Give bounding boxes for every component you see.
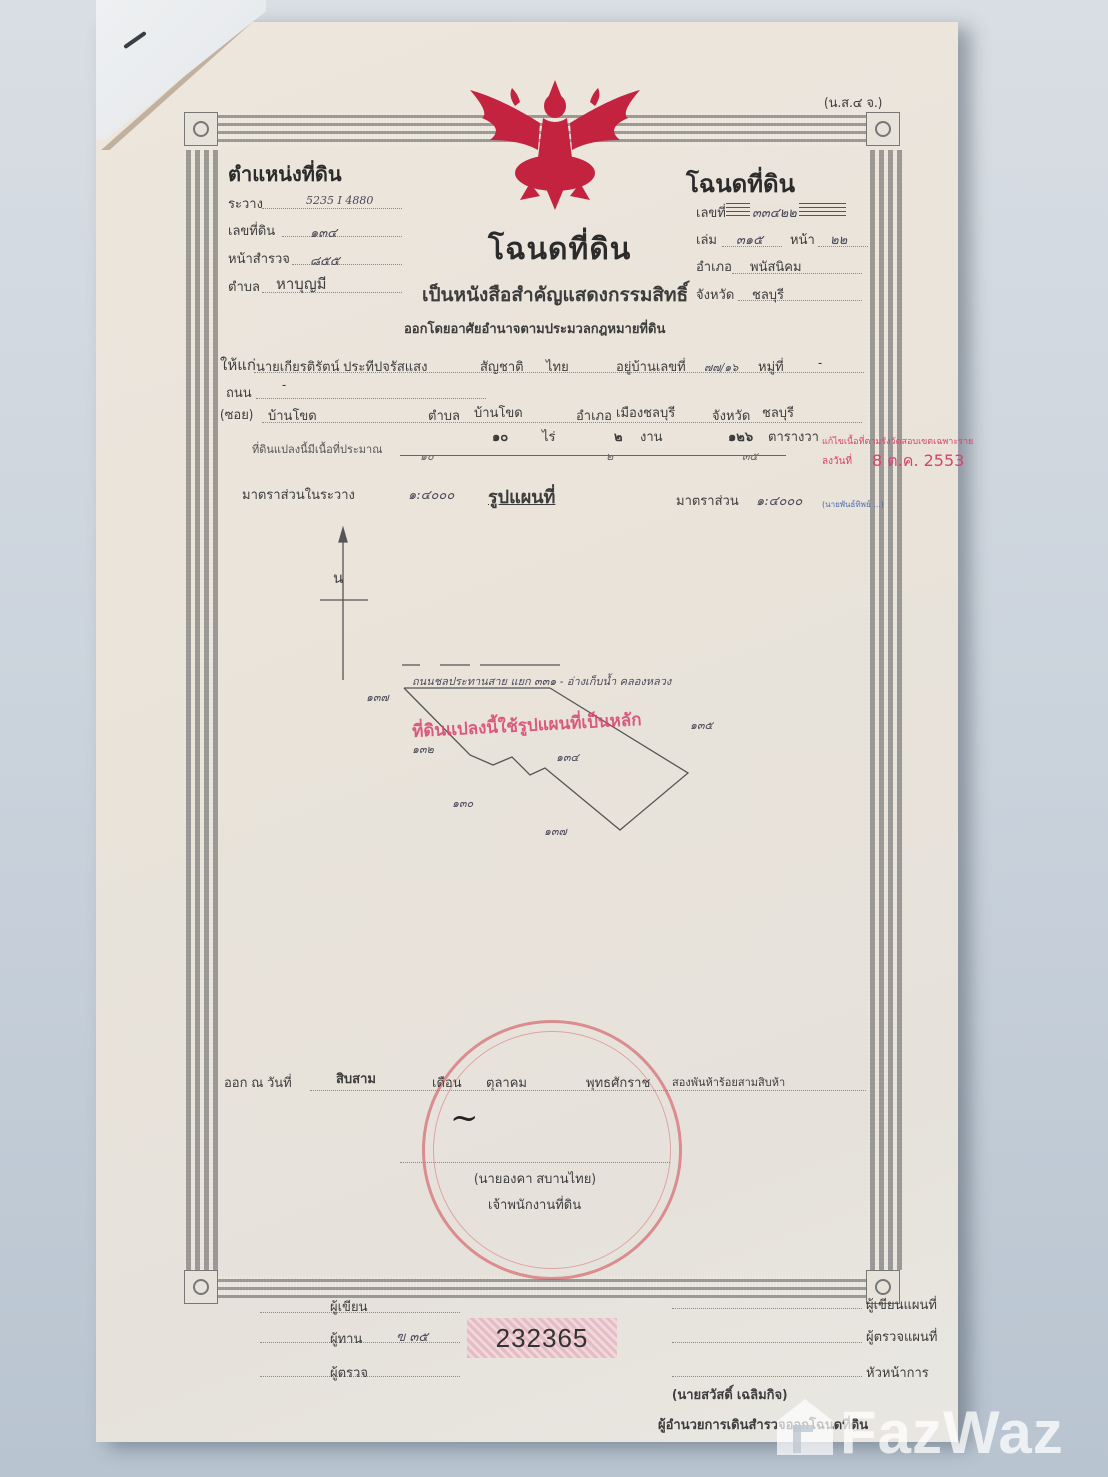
province-value: ชลบุรี [762, 402, 794, 423]
soi-label: (ซอย) [220, 404, 253, 425]
deed-info-heading: โฉนดที่ดิน [686, 164, 795, 203]
soi-value: บ้านโขด [268, 405, 317, 426]
tambon-label: ตำบล [428, 405, 460, 426]
map-scale2-label: มาตราส่วน [676, 490, 739, 511]
province-label: จังหวัด [712, 405, 750, 426]
plot-label-5: ๑๓๐ [452, 794, 473, 812]
map-scale-label: มาตราส่วนในระวาง [242, 484, 355, 505]
moo-value: - [818, 356, 822, 371]
area-rai-unit: ไร่ [542, 426, 556, 447]
field-label-deed-no: เลขที่ [696, 202, 726, 223]
map-scale2-value: ๑:๔๐๐๐ [756, 490, 802, 511]
map-writer-label: ผู้เขียนแผนที่ [866, 1294, 937, 1315]
dotted-line [262, 208, 402, 209]
plot-label-2: ๑๓๕ [690, 716, 713, 734]
map-heading: รูปแผนที่ [488, 482, 555, 511]
amendment-date-label: ลงวันที่ [822, 454, 852, 469]
plot-label-4: ๑๓๔ [556, 748, 579, 766]
field-value-deed-no: ๓๓๔๒๒ [750, 202, 799, 223]
field-value-rawang: 5235 I 4880 [306, 194, 373, 207]
tambon-value: บ้านโขด [474, 402, 523, 423]
moo-label: หมู่ที่ [758, 356, 784, 377]
road-label: ถนน [226, 382, 252, 403]
chief-name: (นายสวัสดิ์ เฉลิมกิจ) [672, 1384, 788, 1405]
field-label-survey-page: หน้าสำรวจ [228, 248, 290, 269]
amendment-date: 8 ต.ค. 2553 [872, 449, 964, 474]
right-border-pattern [868, 150, 902, 1270]
map-road-label: ถนนชลประทานสาย แยก ๓๓๑ - อ่างเก็บน้ำ คลอ… [412, 672, 671, 690]
land-location-heading: ตำแหน่งที่ดิน [228, 158, 342, 190]
field-value-amphoe: พนัสนิคม [750, 256, 802, 277]
amphoe-value: เมืองชลบุรี [616, 402, 675, 423]
writer-label: ผู้เขียน [330, 1296, 367, 1317]
officer-signature: ~ [450, 1098, 479, 1138]
old-area-rai: ๑๐ [420, 447, 434, 465]
left-border-pattern [184, 150, 218, 1270]
amphoe-label: อำเภอ [576, 405, 612, 426]
dotted-line [672, 1308, 862, 1309]
official-seal [422, 1020, 682, 1280]
officer-name: (นายองคา สบานไทย) [474, 1168, 596, 1189]
field-label-amphoe: อำเภอ [696, 256, 732, 277]
watermark-text: FazWaz [840, 1398, 1064, 1467]
issued-at-label: ออก ณ วันที่ [224, 1072, 292, 1093]
area-ngan-unit: งาน [640, 426, 663, 447]
document-title: โฉนดที่ดิน [488, 226, 631, 273]
field-value-survey-page: ๘๕๕ [310, 250, 340, 271]
year-label: พุทธศักราช [586, 1072, 650, 1093]
serial-number-box: 232365 [467, 1318, 617, 1358]
field-value-province: ชลบุรี [752, 284, 784, 305]
issued-day: สิบสาม [336, 1068, 376, 1089]
area-rai: ๑๐ [492, 426, 508, 447]
field-value-page: ๒๒ [830, 229, 847, 250]
field-label-province: จังหวัด [696, 284, 734, 305]
corner-ornament-icon [866, 112, 900, 146]
road-value: - [282, 378, 286, 393]
garuda-emblem-icon [460, 78, 650, 213]
dotted-line [672, 1342, 862, 1343]
map-checker-label: ผู้ตรวจแผนที่ [866, 1326, 937, 1347]
old-area-wa: ๓๕ [742, 447, 758, 465]
area-ngan: ๒ [614, 426, 623, 447]
map-scale-value: ๑:๔๐๐๐ [408, 484, 454, 505]
plot-label-1: ๑๓๗ [366, 688, 389, 706]
area-wa-unit: ตารางวา [768, 426, 819, 447]
chief-title: ผู้อำนวยการเดินสำรวจออกโฉนดที่ดิน [658, 1414, 868, 1435]
plot-label-6: ๑๓๗ [544, 822, 567, 840]
officer-title: เจ้าพนักงานที่ดิน [488, 1194, 581, 1215]
dotted-line [256, 398, 486, 399]
owner-name: นายเกียรติรัตน์ ประทีปจรัสแสง [256, 356, 427, 377]
nationality-label: สัญชาติ [480, 356, 524, 377]
nationality-value: ไทย [546, 356, 569, 377]
issued-month: ตุลาคม [486, 1072, 527, 1093]
field-label-rawang: ระวาง [228, 193, 263, 214]
field-value-volume: ๓๑๕ [736, 229, 763, 250]
north-label: น [333, 566, 343, 590]
issued-under-law: ออกโดยอาศัยอำนาจตามประมวลกฎหมายที่ดิน [404, 318, 665, 339]
field-value-land-no: ๑๓๔ [310, 222, 337, 243]
house-no-label: อยู่บ้านเลขที่ [616, 356, 686, 377]
field-label-volume: เล่ม [696, 229, 717, 250]
field-label-land-no: เลขที่ดิน [228, 220, 275, 241]
inspector-label: ผู้ตรวจ [330, 1362, 368, 1383]
month-label: เดือน [432, 1072, 462, 1093]
old-area-ngan: ๒ [606, 447, 613, 465]
issued-year: สองพันห้าร้อยสามสิบห้า [672, 1073, 785, 1091]
dotted-line [282, 236, 402, 237]
dotted-line [292, 264, 402, 265]
area-wa: ๑๒๖ [728, 426, 753, 447]
reviewer-label: ผู้ทาน [330, 1328, 362, 1349]
amendment-stamp-text: แก้ไขเนื้อที่ตามรังวัดสอบเขตเฉพาะราย [822, 434, 973, 448]
fazwaz-logo-icon [775, 1395, 835, 1457]
form-code: (น.ส.๔ จ.) [824, 92, 882, 113]
field-label-page: หน้า [790, 229, 815, 250]
area-label: ที่ดินแปลงนี้มีเนื้อที่ประมาณ [252, 440, 382, 458]
amendment-officer: (นายพันธ์ทิพย์ ...) [822, 498, 884, 511]
field-label-tambon: ตำบล [228, 276, 260, 297]
to-label: ให้แก่ [220, 353, 256, 377]
dotted-line [672, 1376, 862, 1377]
document-subtitle: เป็นหนังสือสำคัญแสดงกรรมสิทธิ์ [422, 280, 688, 310]
corner-ornament-icon [184, 1270, 218, 1304]
corner-ornament-icon [184, 112, 218, 146]
head-label: หัวหน้าการ [866, 1362, 929, 1383]
strikethrough-line [400, 455, 786, 456]
field-value-tambon: หาบุญมี [276, 272, 327, 296]
dotted-line [400, 1162, 670, 1163]
code-note: ฃ ๓๕ [396, 1326, 428, 1347]
house-no-value: ๗๗/๑๖ [704, 358, 738, 376]
